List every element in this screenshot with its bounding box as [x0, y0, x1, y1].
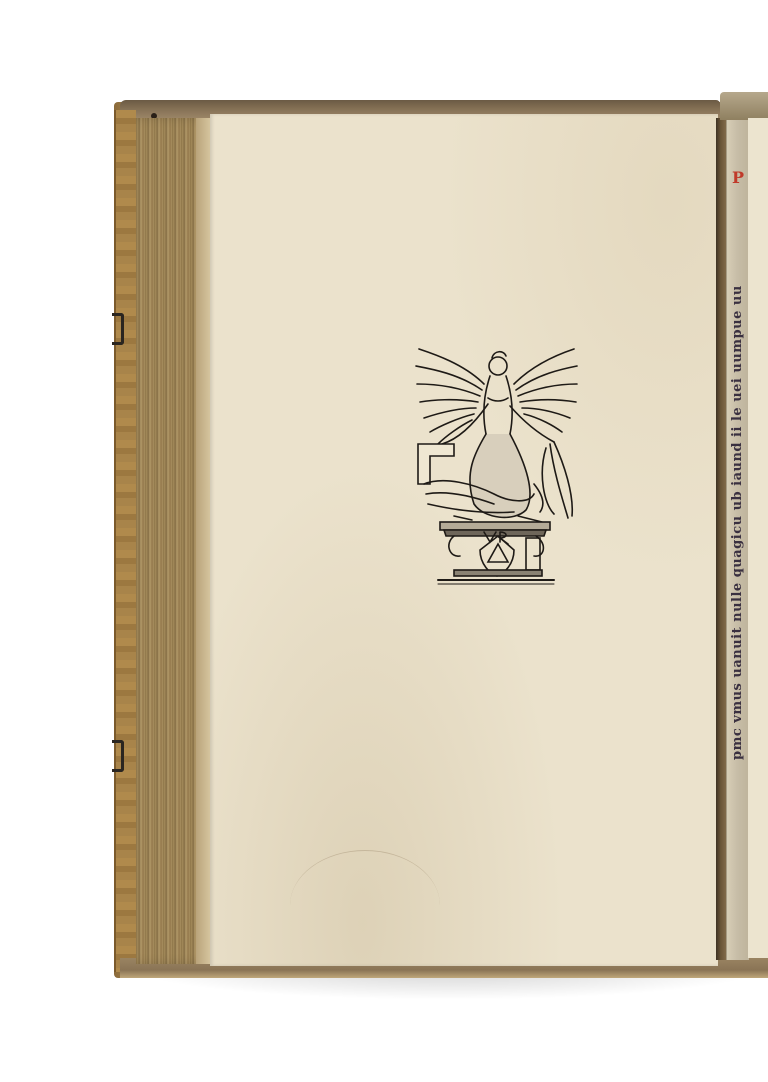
manuscript-blackletter-text: pmc vmus uanuit nulle quagicu ub iaund i…: [730, 180, 748, 760]
clasp-bottom: [112, 740, 124, 772]
right-top-turn-in: [720, 92, 768, 120]
right-page-edge: [748, 118, 768, 958]
clasp-top: [112, 313, 124, 345]
cover-left-edge: [114, 110, 136, 972]
printers-device-woodcut-icon: [414, 344, 580, 588]
page-crease: [290, 850, 440, 961]
